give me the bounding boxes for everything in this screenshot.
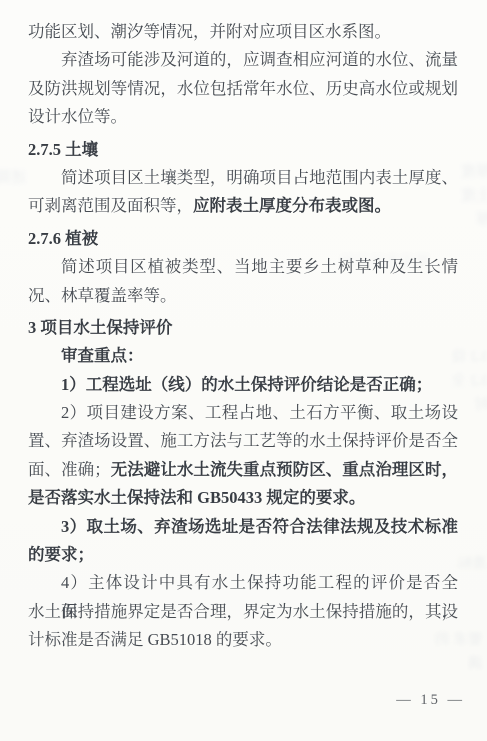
text-line: 计标准是否满足 GB51018 的要求。 <box>28 626 458 654</box>
text-segment: 置、弃渣场设置、施工方法与工艺等的水土保持评价是否全 <box>28 431 458 450</box>
review-focus-label: 审查重点： <box>28 342 458 370</box>
text-segment: 面、准确； <box>28 460 111 479</box>
bleed-through-artifact: 述简 <box>0 166 26 190</box>
text-segment: 设计水位等。 <box>28 107 127 126</box>
heading-text: 2.7.5 土壤 <box>28 140 98 159</box>
text-segment-bold: 无法避让水土流失重点预防区、重点治理区时， <box>111 460 458 479</box>
text-segment-bold: 的要求； <box>28 545 94 564</box>
text-line: 的要求； <box>28 541 458 569</box>
text-segment: 弃渣场可能涉及河道的，应调查相应河道的水位、流量 <box>61 50 458 69</box>
text-segment: 简述项目区植被类型、当地主要乡土树草种及生长情 <box>61 257 458 276</box>
text-line: 水土保持措施界定是否合理，界定为水土保持措施的，其设 <box>28 598 458 626</box>
review-item-2: 2）项目建设方案、工程占地、土石方平衡、取土场设 <box>28 399 458 427</box>
text-segment: 及防洪规划等情况，水位包括常年水位、历史高水位或规划 <box>28 79 458 98</box>
text-line: 简述项目区土壤类型，明确项目占地范围内表土厚度、 <box>28 164 458 192</box>
text-segment: 况、林草覆盖率等。 <box>28 286 177 305</box>
text-line: 况、林草覆盖率等。 <box>28 282 458 310</box>
review-item-4: 4）主体设计中具有水土保持功能工程的评价是否全面， <box>28 569 458 597</box>
text-segment-bold: 3）取土场、弃渣场选址是否符合法律法规及技术标准 <box>61 517 458 536</box>
text-line: 可剥离范围及面积等，应附表土厚度分布表或图。 <box>28 192 458 220</box>
page-number: — 15 — <box>396 692 465 709</box>
text-segment: 简述项目区土壤类型，明确项目占地范围内表土厚度、 <box>61 168 458 187</box>
text-segment-bold: 1）工程选址（线）的水土保持评价结论是否正确； <box>61 375 432 394</box>
text-segment: 功能区划、潮汐等情况，并附对应项目区水系图。 <box>28 22 391 41</box>
text-segment: 计标准是否满足 GB51018 的要求。 <box>28 630 282 649</box>
chapter-heading-3: 3 项目水土保持评价 <box>28 314 458 342</box>
text-line: 功能区划、潮汐等情况，并附对应项目区水系图。 <box>28 18 458 46</box>
review-item-1: 1）工程选址（线）的水土保持评价结论是否正确； <box>28 371 458 399</box>
text-segment: 水土保持措施界定是否合理，界定为水土保持措施的，其设 <box>28 602 458 621</box>
text-line: 及防洪规划等情况，水位包括常年水位、历史高水位或规划 <box>28 75 458 103</box>
bleed-through-artifact: 厚度土度厚 <box>457 160 487 270</box>
review-item-3: 3）取土场、弃渣场选址是否符合法律法规及技术标准 <box>28 513 458 541</box>
text-segment-bold: 应附表土厚度分布表或图。 <box>193 196 391 215</box>
document-text-block: 功能区划、潮汐等情况，并附对应项目区水系图。 弃渣场可能涉及河道的，应调查相应河… <box>28 18 458 655</box>
section-heading-2-7-5: 2.7.5 土壤 <box>28 136 458 164</box>
text-line: 面、准确；无法避让水土流失重点预防区、重点治理区时， <box>28 456 458 484</box>
text-segment-bold: 是否落实水土保持法和 GB50433 规定的要求。 <box>28 488 365 507</box>
text-segment: 2）项目建设方案、工程占地、土石方平衡、取土场设 <box>61 403 458 422</box>
text-line: 简述项目区植被类型、当地主要乡土树草种及生长情 <box>28 253 458 281</box>
section-heading-2-7-6: 2.7.6 植被 <box>28 225 458 253</box>
heading-text: 2.7.6 植被 <box>28 229 98 248</box>
document-page: 功能区划、潮汐等情况，并附对应项目区水系图。 弃渣场可能涉及河道的，应调查相应河… <box>0 0 487 741</box>
text-segment-bold: 审查重点： <box>61 346 144 365</box>
text-line: 设计水位等。 <box>28 103 458 131</box>
text-line: 弃渣场可能涉及河道的，应调查相应河道的水位、流量 <box>28 46 458 74</box>
heading-text: 3 项目水土保持评价 <box>28 318 172 337</box>
text-line: 置、弃渣场设置、施工方法与工艺等的水土保持评价是否全 <box>28 427 458 455</box>
bleed-through-artifact: 准标 <box>453 552 487 596</box>
text-segment: 可剥离范围及面积等， <box>28 196 193 215</box>
text-line: 是否落实水土保持法和 GB50433 规定的要求。 <box>28 484 458 512</box>
